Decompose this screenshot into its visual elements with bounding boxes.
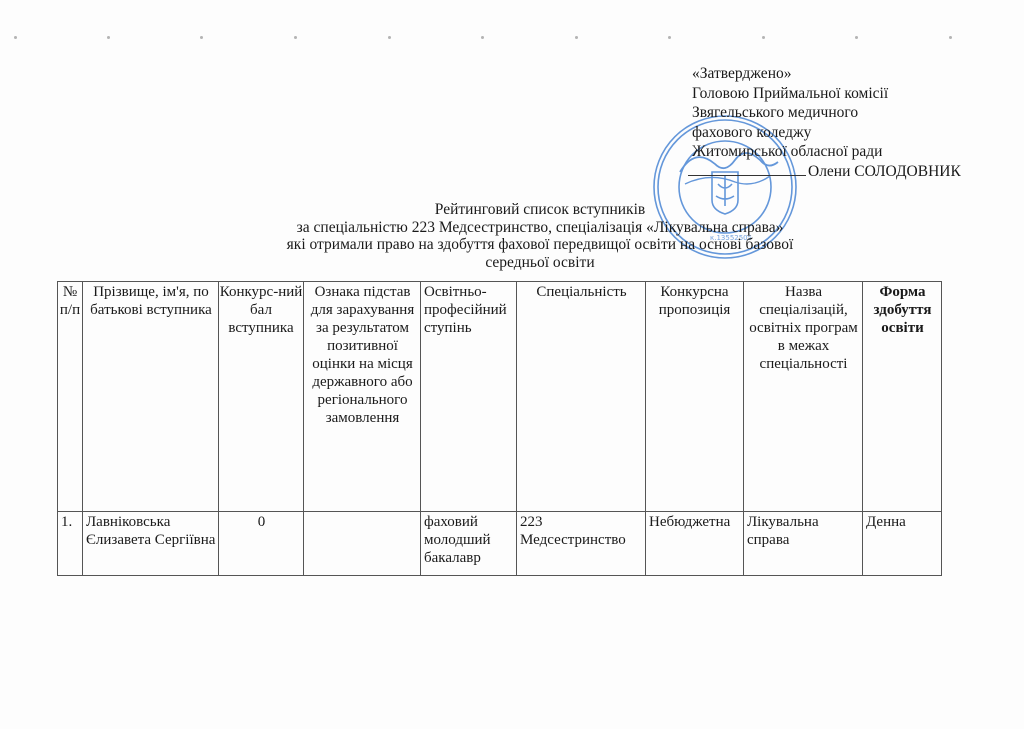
scan-artifact-dots xyxy=(0,36,1024,42)
cell-offer: Небюджетна xyxy=(646,512,744,576)
header-offer: Конкурсна пропозиція xyxy=(646,282,744,512)
approval-line-5: Житомирської обласної ради xyxy=(692,142,961,162)
cell-basis xyxy=(304,512,421,576)
header-name: Прізвище, ім'я, по батькові вступника xyxy=(83,282,219,512)
title-line-2: за спеціальністю 223 Медсестринство, спе… xyxy=(150,219,930,237)
approval-line-2: Головою Приймальної комісії xyxy=(692,84,961,104)
signature-line xyxy=(688,175,806,176)
header-score: Конкурс-ний бал вступника xyxy=(219,282,304,512)
header-specialty: Спеціальність xyxy=(517,282,646,512)
cell-score: 0 xyxy=(219,512,304,576)
document-title: Рейтинговий список вступників за спеціал… xyxy=(150,201,930,271)
approval-block: «Затверджено» Головою Приймальної комісі… xyxy=(692,64,961,181)
cell-degree: фаховий молодший бакалавр xyxy=(421,512,517,576)
header-degree: Освітньо-професійний ступінь xyxy=(421,282,517,512)
header-program: Назва спеціалізацій, освітніх програм в … xyxy=(744,282,863,512)
header-basis: Ознака підстав для зарахування за резуль… xyxy=(304,282,421,512)
table-row: 1. Лавніковська Єлизавета Сергіївна 0 фа… xyxy=(58,512,942,576)
rating-table: № п/п Прізвище, ім'я, по батькові вступн… xyxy=(57,281,942,576)
table-header-row: № п/п Прізвище, ім'я, по батькові вступн… xyxy=(58,282,942,512)
approval-line-3: Звягельського медичного xyxy=(692,103,961,123)
title-line-3: які отримали право на здобуття фахової п… xyxy=(150,236,930,254)
cell-program: Лікувальна справа xyxy=(744,512,863,576)
cell-number: 1. xyxy=(58,512,83,576)
approval-line-1: «Затверджено» xyxy=(692,64,961,84)
header-number: № п/п xyxy=(58,282,83,512)
title-line-4: середньої освіти xyxy=(150,254,930,272)
signatory-name: Олени СОЛОДОВНИК xyxy=(808,163,961,180)
approval-line-4: фахового коледжу xyxy=(692,123,961,143)
title-line-1: Рейтинговий список вступників xyxy=(150,201,930,219)
cell-name: Лавніковська Єлизавета Сергіївна xyxy=(83,512,219,576)
cell-specialty: 223 Медсестринство xyxy=(517,512,646,576)
header-form: Форма здобуття освіти xyxy=(863,282,942,512)
cell-form: Денна xyxy=(863,512,942,576)
